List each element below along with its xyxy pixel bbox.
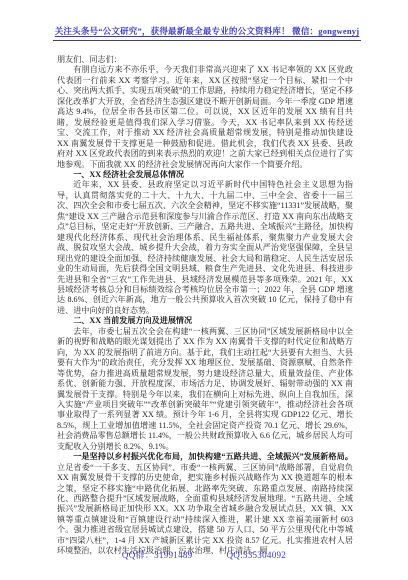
document-page: 关注头条号“公文研究”，获得最新最全最专业的公文资料库！ 微信：gongweny… [0,0,408,580]
qq-group-text: QQ群：31991489 [122,550,193,560]
paragraphs-container: 有朋自远方来不亦乐乎，今天我们非常高兴迎来了 XX 书记率领的 XX 区党政代表… [57,65,353,556]
section-heading: 一、XX 经济社会发展总体情况 [57,170,353,180]
qq-number-text: QQ:535304092 [227,550,287,560]
paragraph: 去年，市委七届五次全会在构建“一核两翼、三区协同”区域发展新格局中以全新的视野和… [57,327,353,452]
paragraph: 有朋自远方来不亦乐乎，今天我们非常高兴迎来了 XX 书记率领的 XX 区党政代表… [57,65,353,170]
paragraph: 近年来，XX 县委、县政府坚定以习近平新时代中国特色社会主义思想为指导，认真贯彻… [57,180,353,316]
salutation: 朋友们、同志们： [57,55,353,65]
header-promo-banner: 关注头条号“公文研究”，获得最新最全最专业的公文资料库！ 微信：gongweny… [53,25,361,41]
paragraph: 一是坚持以乡村振兴优化布局，加快构建“五路共进、全域振兴”发展新格局。立足省委“… [57,452,353,557]
document-body: 朋友们、同志们： 有朋自远方来不亦乐乎，今天我们非常高兴迎来了 XX 书记率领的… [57,55,353,557]
section-heading: 二、XX 当前发展方向及进展情况 [57,316,353,326]
footer-contact: QQ群：31991489QQ:535304092 [0,548,408,561]
paragraph-lead: 一是坚持以乡村振兴优化布局，加快构建“五路共进、全域振兴”发展新格局。 [73,452,353,461]
